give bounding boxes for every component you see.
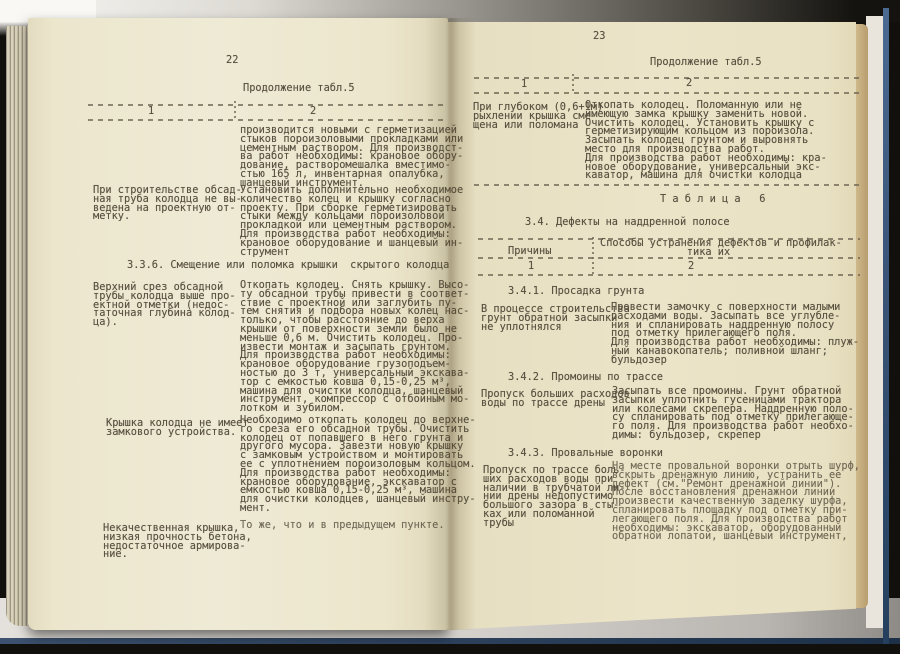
section-heading-3-3-6: 3.3.6. Смещение или поломка крышки скрыт… [127, 261, 449, 270]
section-heading-3-4-2: 3.4.2. Промоины по трассе [508, 373, 663, 382]
section-heading-3-4-3: 3.4.3. Провальные воронки [508, 449, 663, 458]
column-separator [234, 101, 236, 120]
table-cell-remedy: Откопать колодец. Снять крышку. Высо- ту… [240, 281, 469, 413]
table6-header-remedies: Способы устранения дефектов и профилак- … [600, 239, 842, 256]
column-1-label-table6: 1 [528, 262, 534, 271]
column-2-label-table6: 2 [688, 262, 694, 271]
dashed-rule [88, 104, 446, 106]
table6-caption: Т а б л и ц а 6 [660, 195, 765, 204]
table-cell-remedy: То же, что и в предыдущем пункте. [240, 521, 445, 530]
table-cell-remedy: На месте провальной воронки отрыть шурф,… [612, 462, 860, 541]
dashed-rule [478, 257, 860, 259]
column-1-label-left: 1 [148, 107, 154, 116]
scanner-bed-right [866, 16, 884, 628]
table-cell-cause: Крышка колодца не имеет замкового устрой… [106, 419, 249, 437]
table-cell-cause: Пропуск больших расходов воды по трассе … [481, 390, 630, 408]
table-cell-remedy: Провести замочку с поверхности малыми ра… [611, 303, 859, 365]
column-separator [572, 74, 574, 94]
section-heading-3-4: 3.4. Дефекты на наддренной полосе [525, 218, 730, 227]
book-cover-right-edge [883, 8, 889, 644]
book-cover-bottom-edge [0, 638, 900, 644]
page-number-right: 23 [593, 32, 605, 41]
dashed-rule [474, 92, 862, 94]
column-2-label-left: 2 [310, 107, 316, 116]
dashed-rule [88, 119, 446, 121]
table-cell-cause: В процессе строительства грунт обратной … [481, 305, 630, 331]
table5-continuation-caption-right: Продолжение табл.5 [650, 58, 762, 67]
table-cell-cause: Некачественная крышка, низкая прочность … [103, 524, 252, 559]
page-number-left: 22 [226, 56, 238, 65]
table-cell-cause: Верхний срез обсадной трубы колодца выше… [93, 283, 236, 327]
table5-continuation-caption-left: Продолжение табл.5 [243, 84, 355, 93]
table-cell-remedy: Откопать колодец. Поломанную или не имею… [585, 101, 827, 180]
table6-header-causes: Причины [508, 247, 551, 256]
section-heading-3-4-1: 3.4.1. Просадка грунта [508, 287, 644, 296]
book-scan: 22 Продолжение табл.5 1 2 производится н… [0, 0, 900, 654]
dashed-rule [474, 184, 862, 186]
dashed-rule [478, 274, 860, 276]
column-2-label-right: 2 [686, 79, 692, 88]
dashed-rule [474, 77, 862, 79]
column-1-label-right: 1 [521, 80, 527, 89]
table-cell-cause: При строительстве обсад- ная труба колод… [93, 186, 242, 221]
table-cell-cause: При глубоком (0,6+1м) рыхлении крышка см… [473, 103, 603, 129]
table-cell-remedy: Засыпать все промоины. Грунт обратной за… [612, 387, 854, 440]
table-cell-cause: Пропуск по трассе боль- ших расходов вод… [483, 466, 626, 528]
table-cell-remedy: производится новыми с герметизацией стык… [240, 126, 463, 188]
table-cell-remedy: Установить дополнительно необходимое кол… [240, 186, 463, 256]
table-cell-remedy: Необходимо откопать колодец до верхне- г… [240, 416, 476, 513]
